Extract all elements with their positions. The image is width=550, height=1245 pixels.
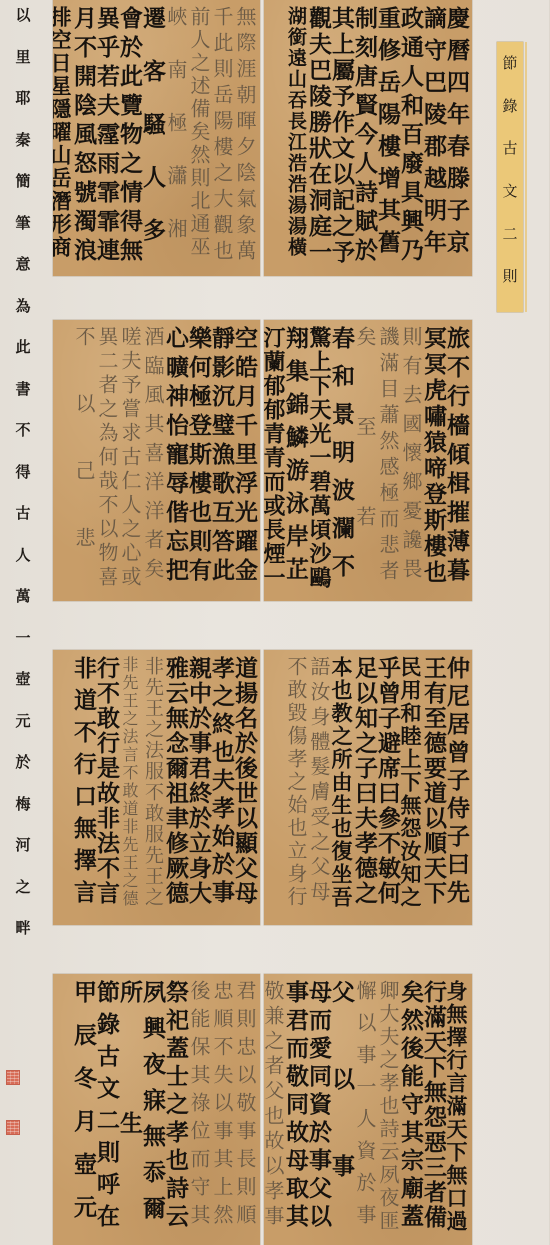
inscription-char: 耶 <box>15 91 30 133</box>
calligraphy-column: 譏滿目蕭然感極而悲者 <box>376 326 399 601</box>
title-slip-char: 古 <box>502 141 517 184</box>
calligraphy-column: 樂何極登斯樓也則有 <box>187 326 210 601</box>
inscription-char: 壺 <box>15 672 30 714</box>
calligraphy-column: 夙興夜寐無忝爾 <box>141 980 164 1245</box>
calligraphy-column: 行滿天下無怨惡三者備 <box>422 980 445 1245</box>
calligraphy-column: 父以事 <box>330 980 353 1245</box>
seal-lower <box>6 1120 20 1135</box>
calligraphy-column: 驚上下天光一碧萬頃沙鷗 <box>307 326 330 601</box>
inscription-char: 元 <box>15 714 30 756</box>
calligraphy-column: 非先王之法服不敢服先王之 <box>141 656 164 925</box>
calligraphy-column: 月不開陰風怒號濁浪 <box>72 6 95 276</box>
calligraphy-column: 峽南極瀟湘 <box>164 6 187 276</box>
inscription-char: 萬 <box>15 589 30 631</box>
calligraphy-column: 道揚名於後世以顯父母 <box>233 656 256 925</box>
calligraphy-column: 汀蘭郁郁青青而或長煙一 <box>264 326 284 601</box>
calligraphy-column: 甲辰冬月壺元 <box>72 980 95 1245</box>
calligraphy-column: 卿大夫之孝也詩云夙夜匪 <box>376 980 399 1245</box>
calligraphy-column: 身無擇行言滿天下無口過 <box>445 980 468 1245</box>
inscription-char: 河 <box>15 838 30 880</box>
inscription-char: 畔 <box>15 921 30 963</box>
title-slip-char: 錄 <box>502 99 517 142</box>
title-slip-char: 節 <box>502 56 517 99</box>
calligraphy-column: 重修岳陽樓增其舊 <box>376 6 399 276</box>
calligraphy-column: 心曠神怡寵辱偕忘把 <box>164 326 187 601</box>
title-slip-char: 二 <box>502 227 517 270</box>
title-slip-char: 則 <box>502 269 517 312</box>
inscription-char: 一 <box>15 631 30 673</box>
calligraphy-column: 懈以事一人資於事 <box>353 980 376 1245</box>
inscription-char: 意 <box>15 257 30 299</box>
calligraphy-column: 敬兼之者父也故以孝事 <box>264 980 284 1245</box>
calligraphy-column: 觀夫巴陵勝狀在洞庭一 <box>307 6 330 276</box>
calligraphy-column: 靜影沉璧漁歌互答此 <box>210 326 233 601</box>
calligraphy-column: 酒臨風其喜洋洋者矣 <box>141 326 164 601</box>
calligraphy-column: 矣至若 <box>353 326 376 601</box>
calligraphy-column: 異二者之為何哉不以物喜 <box>95 326 118 601</box>
calligraphy-column: 足以知之子曰夫孝德之 <box>353 656 376 925</box>
calligraphy-column: 謫守巴陵郡越明年 <box>422 6 445 276</box>
calligraphy-column: 前人之述備矣然則北通巫 <box>187 6 210 276</box>
inscription-char: 書 <box>15 382 30 424</box>
calligraphy-column: 非先王之法言不敢道非先王之德 <box>118 656 141 925</box>
calligraphy-column: 乎曾子避席曰參不敏何 <box>376 656 399 925</box>
inscription-char: 梅 <box>15 797 30 839</box>
calligraphy-column: 非道不行口無擇言 <box>72 656 95 925</box>
calligraphy-column: 雅云無念爾祖聿修厥德 <box>164 656 187 925</box>
panel-row3-left: 道揚名於後世以顯父母孝之終也夫孝始於事親中於事君終於立身大雅云無念爾祖聿修厥德非… <box>53 650 260 925</box>
calligraphy-column: 千此則岳陽樓之大觀也 <box>210 6 233 276</box>
panel-row2-right: 旅不行檣傾楫摧薄暮冥冥虎嘯猿啼登斯樓也則有去國懷鄉憂讒畏譏滿目蕭然感極而悲者矣至… <box>264 320 472 601</box>
calligraphy-column: 矣然後能守其宗廟蓋 <box>399 980 422 1245</box>
calligraphy-column: 會於此覽物之情得無 <box>118 6 141 276</box>
inscription-char: 古 <box>15 506 30 548</box>
inscription-char: 以 <box>15 8 30 50</box>
calligraphy-column: 親中於事君終於立身大 <box>187 656 210 925</box>
title-slip: 節錄古文二則 <box>497 42 523 312</box>
inscription-char: 里 <box>15 50 30 92</box>
panel-row1-right: 慶曆四年春滕子京謫守巴陵郡越明年政通人和百廢具興乃重修岳陽樓增其舊制刻唐賢今人詩… <box>264 0 472 276</box>
panel-row4-right: 身無擇行言滿天下無口過行滿天下無怨惡三者備矣然後能守其宗廟蓋卿大夫之孝也詩云夙夜… <box>264 974 472 1245</box>
inscription-char: 此 <box>15 340 30 382</box>
calligraphy-column: 王有至德要道以順天下 <box>422 656 445 925</box>
calligraphy-column: 忠順不失以事其上然 <box>210 980 233 1245</box>
calligraphy-column: 民用和睦上下無怨汝知之 <box>399 656 422 925</box>
title-slip-char: 文 <box>502 184 517 227</box>
calligraphy-column: 無際涯朝暉夕陰氣象萬 <box>233 6 256 276</box>
inscription-char: 為 <box>15 299 30 341</box>
calligraphy-column: 後能保其祿位而守其 <box>187 980 210 1245</box>
inscription-char: 得 <box>15 465 30 507</box>
calligraphy-column: 異乎若夫霪雨霏霏連 <box>95 6 118 276</box>
calligraphy-column: 制刻唐賢今人詩賦於 <box>353 6 376 276</box>
inscription-char: 於 <box>15 755 30 797</box>
calligraphy-column: 祭祀蓋士之孝也詩云 <box>164 980 187 1245</box>
calligraphy-column: 不敢毀傷孝之始也立身行 <box>284 656 307 925</box>
inscription-char: 人 <box>15 548 30 590</box>
panel-row3-right: 仲尼居曾子侍子曰先王有至德要道以順天下民用和睦上下無怨汝知之乎曾子避席曰參不敏何… <box>264 650 472 925</box>
seal-upper <box>6 1070 20 1085</box>
calligraphy-column: 遷客騷人多 <box>141 6 164 276</box>
calligraphy-column: 嗟夫予嘗求古仁人之心或 <box>118 326 141 601</box>
calligraphy-column: 湖銜遠山吞長江浩浩湯湯橫 <box>284 6 307 276</box>
calligraphy-column: 孝之終也夫孝始於事 <box>210 656 233 925</box>
calligraphy-column: 其上屬予作文以記之予 <box>330 6 353 276</box>
calligraphy-column: 春和景明波瀾不 <box>330 326 353 601</box>
calligraphy-column: 旅不行檣傾楫摧薄暮 <box>445 326 468 601</box>
calligraphy-column: 冥冥虎嘯猿啼登斯樓也 <box>422 326 445 601</box>
panel-row1-left: 無際涯朝暉夕陰氣象萬千此則岳陽樓之大觀也前人之述備矣然則北通巫峽南極瀟湘遷客騷人… <box>53 0 260 276</box>
inscription-char: 不 <box>15 423 30 465</box>
calligraphy-column: 本也教之所由生也復坐吾 <box>330 656 353 925</box>
title-slip-edge <box>525 42 527 312</box>
inscription-char: 筆 <box>15 216 30 258</box>
inscription-char: 之 <box>15 880 30 922</box>
calligraphy-column: 空皓月千里浮光躍金 <box>233 326 256 601</box>
calligraphy-column: 翔集錦鱗游泳岸芷 <box>284 326 307 601</box>
panel-row4-left: 君則忠以敬事長則順忠順不失以事其上然後能保其祿位而守其祭祀蓋士之孝也詩云夙興夜寐… <box>53 974 260 1245</box>
inscription-column: 以里耶秦簡筆意為此書不得古人萬一壺元於梅河之畔 <box>10 8 36 963</box>
calligraphy-column: 君則忠以敬事長則順 <box>233 980 256 1245</box>
calligraphy-column: 所生 <box>118 980 141 1245</box>
calligraphy-column: 慶曆四年春滕子京 <box>445 6 468 276</box>
calligraphy-column: 政通人和百廢具興乃 <box>399 6 422 276</box>
calligraphy-column: 語汝身體髮膚受之父母 <box>307 656 330 925</box>
inscription-char: 秦 <box>15 133 30 175</box>
inscription-char: 簡 <box>15 174 30 216</box>
calligraphy-column: 節錄古文二則呼在 <box>95 980 118 1245</box>
panel-row2-left: 空皓月千里浮光躍金靜影沉璧漁歌互答此樂何極登斯樓也則有心曠神怡寵辱偕忘把酒臨風其… <box>53 320 260 601</box>
calligraphy-column: 母而愛同資於事父以 <box>307 980 330 1245</box>
calligraphy-column: 則有去國懷鄉憂讒畏 <box>399 326 422 601</box>
calligraphy-column: 行不敢行是故非法不言 <box>95 656 118 925</box>
calligraphy-column: 仲尼居曾子侍子曰先 <box>445 656 468 925</box>
calligraphy-column: 不以己悲 <box>72 326 95 601</box>
calligraphy-column: 事君而敬同故母取其 <box>284 980 307 1245</box>
